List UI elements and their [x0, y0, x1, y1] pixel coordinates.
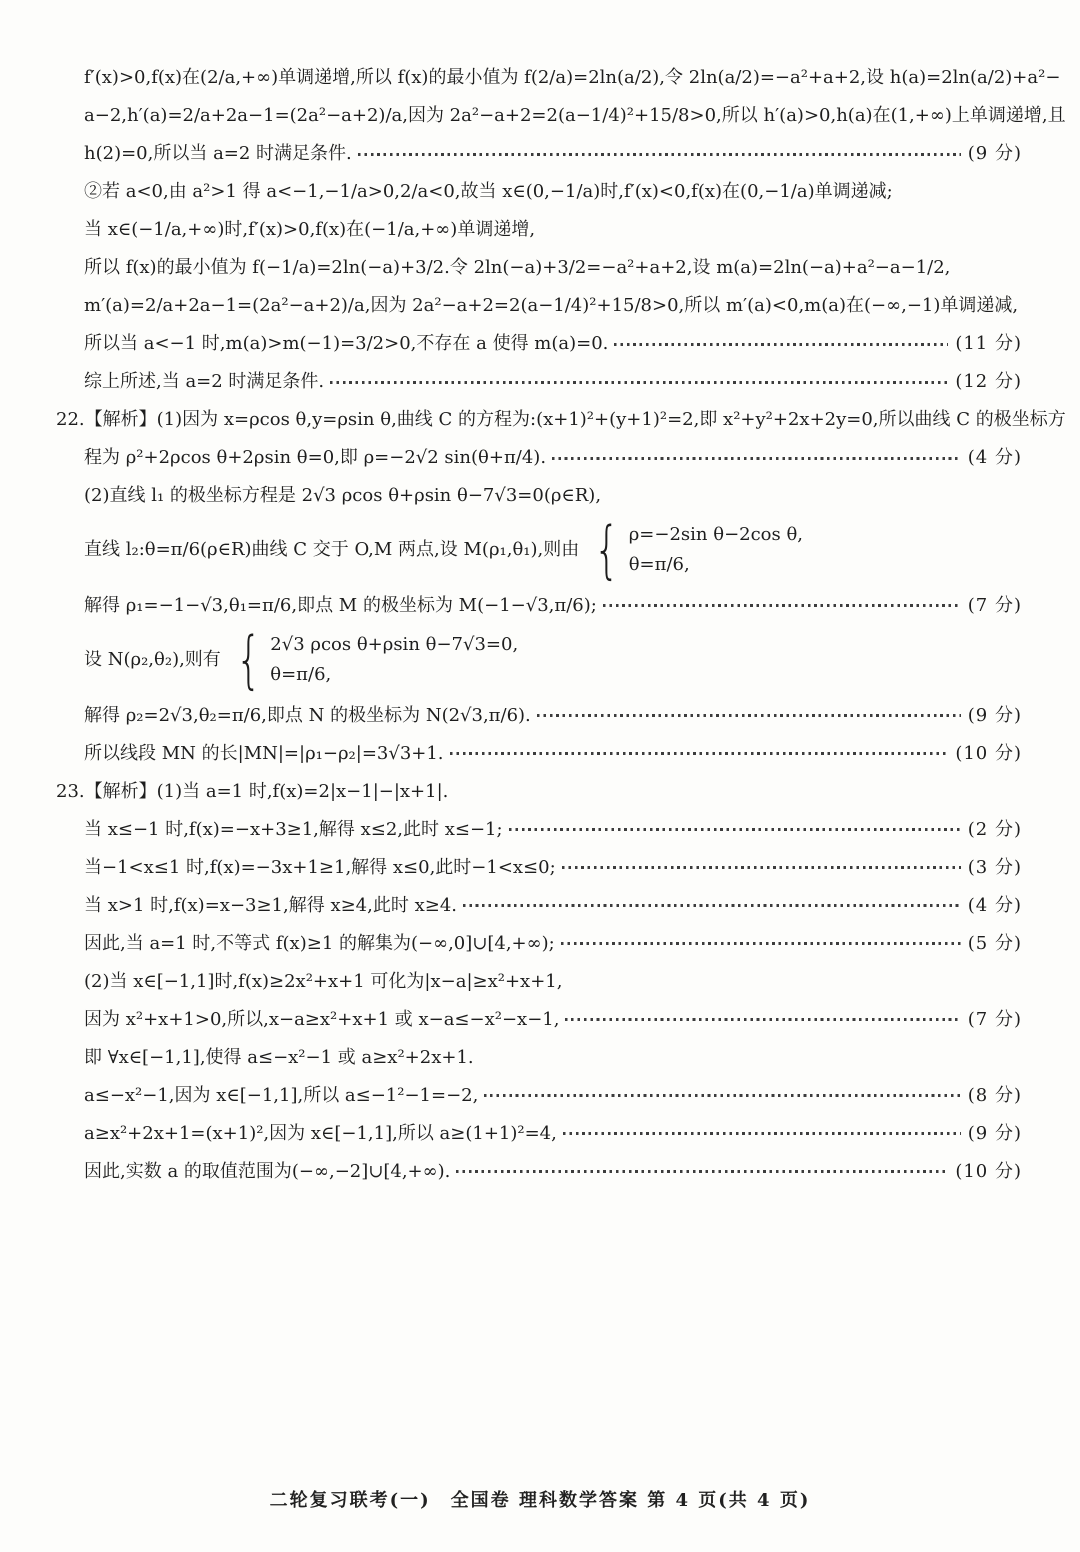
score-label: (12 分)	[955, 370, 1022, 394]
score-label: (4 分)	[968, 894, 1022, 918]
solution-line: a≥x²+2x+1=(x+1)²,因为 x∈[−1,1],所以 a≥(1+1)²…	[56, 1122, 1022, 1146]
solution-line: a−2,h′(a)=2/a+2a−1=(2a²−a+2)/a,因为 2a²−a+…	[56, 104, 1022, 128]
solution-text: 因为 x²+x+1>0,所以,x−a≥x²+x+1 或 x−a≤−x²−x−1,	[84, 1008, 559, 1032]
solution-line: 程为 ρ²+2ρcos θ+2ρsin θ=0,即 ρ=−2√2 sin(θ+π…	[56, 446, 1022, 470]
dotted-leader	[561, 942, 961, 945]
solution-text: 23.【解析】(1)当 a=1 时,f(x)=2|x−1|−|x+1|.	[56, 780, 448, 804]
case-equations: ρ=−2sin θ−2cos θ,θ=π/6,	[629, 524, 803, 576]
solution-line: (2)直线 l₁ 的极坐标方程是 2√3 ρcos θ+ρsin θ−7√3=0…	[56, 484, 1022, 508]
solution-text: a≤−x²−1,因为 x∈[−1,1],所以 a≤−1²−1=−2,	[84, 1084, 478, 1108]
score-label: (3 分)	[968, 856, 1022, 880]
case-equation: θ=π/6,	[270, 664, 518, 686]
solution-line: 22.【解析】(1)因为 x=ρcos θ,y=ρsin θ,曲线 C 的方程为…	[56, 408, 1022, 432]
dotted-leader	[330, 381, 948, 384]
solution-text: (2)当 x∈[−1,1]时,f(x)≥2x²+x+1 可化为|x−a|≥x²+…	[84, 970, 562, 994]
solution-text: 所以线段 MN 的长|MN|=|ρ₁−ρ₂|=3√3+1.	[84, 742, 444, 766]
solution-line: 当 x>1 时,f(x)=x−3≥1,解得 x≥4,此时 x≥4.(4 分)	[56, 894, 1022, 918]
score-label: (7 分)	[968, 1008, 1022, 1032]
solution-text: 解得 ρ₁=−1−√3,θ₁=π/6,即点 M 的极坐标为 M(−1−√3,π/…	[84, 594, 597, 618]
solution-text: 当 x≤−1 时,f(x)=−x+3≥1,解得 x≤2,此时 x≤−1;	[84, 818, 503, 842]
score-label: (10 分)	[955, 1160, 1022, 1184]
solution-text: 当 x∈(−1/a,+∞)时,f′(x)>0,f(x)在(−1/a,+∞)单调递…	[84, 218, 535, 242]
solution-lines: f′(x)>0,f(x)在(2/a,+∞)单调递增,所以 f(x)的最小值为 f…	[56, 66, 1022, 1198]
case-equations: 2√3 ρcos θ+ρsin θ−7√3=0,θ=π/6,	[270, 634, 518, 686]
solution-line: 所以线段 MN 的长|MN|=|ρ₁−ρ₂|=3√3+1.(10 分)	[56, 742, 1022, 766]
solution-text: 程为 ρ²+2ρcos θ+2ρsin θ=0,即 ρ=−2√2 sin(θ+π…	[84, 446, 546, 470]
score-label: (9 分)	[968, 704, 1022, 728]
solution-text: h(2)=0,所以当 a=2 时满足条件.	[84, 142, 352, 166]
case-equation: 2√3 ρcos θ+ρsin θ−7√3=0,	[270, 634, 518, 656]
case-pre-text: 设 N(ρ₂,θ₂),则有	[84, 648, 221, 672]
solution-line: 因此,实数 a 的取值范围为(−∞,−2]∪[4,+∞).(10 分)	[56, 1160, 1022, 1184]
solution-line: 23.【解析】(1)当 a=1 时,f(x)=2|x−1|−|x+1|.	[56, 780, 1022, 804]
solution-line: (2)当 x∈[−1,1]时,f(x)≥2x²+x+1 可化为|x−a|≥x²+…	[56, 970, 1022, 994]
score-label: (2 分)	[968, 818, 1022, 842]
solution-text: f′(x)>0,f(x)在(2/a,+∞)单调递增,所以 f(x)的最小值为 f…	[84, 66, 1060, 90]
case-brace: {	[594, 522, 620, 578]
score-label: (4 分)	[968, 446, 1022, 470]
dotted-leader	[484, 1094, 960, 1097]
solution-line: 综上所述,当 a=2 时满足条件.(12 分)	[56, 370, 1022, 394]
score-label: (5 分)	[968, 932, 1022, 956]
dotted-leader	[563, 1132, 961, 1135]
page-footer: 二轮复习联考(一) 全国卷 理科数学答案 第 4 页(共 4 页)	[0, 1486, 1080, 1512]
dotted-leader	[614, 343, 948, 346]
dotted-leader	[463, 904, 961, 907]
dotted-leader	[562, 866, 961, 869]
solution-text: 所以 f(x)的最小值为 f(−1/a)=2ln(−a)+3/2.令 2ln(−…	[84, 256, 950, 280]
dotted-leader	[456, 1170, 948, 1173]
solution-text: 所以当 a<−1 时,m(a)>m(−1)=3/2>0,不存在 a 使得 m(a…	[84, 332, 608, 356]
dotted-leader	[603, 604, 961, 607]
solution-line: ②若 a<0,由 a²>1 得 a<−1,−1/a>0,2/a<0,故当 x∈(…	[56, 180, 1022, 204]
solution-text: 即 ∀x∈[−1,1],使得 a≤−x²−1 或 a≥x²+2x+1.	[84, 1046, 474, 1070]
dotted-leader	[552, 457, 961, 460]
solution-text: ②若 a<0,由 a²>1 得 a<−1,−1/a>0,2/a<0,故当 x∈(…	[84, 180, 893, 204]
solution-text: 22.【解析】(1)因为 x=ρcos θ,y=ρsin θ,曲线 C 的方程为…	[56, 408, 1066, 432]
solution-text: 当−1<x≤1 时,f(x)=−3x+1≥1,解得 x≤0,此时−1<x≤0;	[84, 856, 556, 880]
solution-line: a≤−x²−1,因为 x∈[−1,1],所以 a≤−1²−1=−2,(8 分)	[56, 1084, 1022, 1108]
score-label: (10 分)	[955, 742, 1022, 766]
solution-text: 因此,当 a=1 时,不等式 f(x)≥1 的解集为(−∞,0]∪[4,+∞);	[84, 932, 555, 956]
solution-line: m′(a)=2/a+2a−1=(2a²−a+2)/a,因为 2a²−a+2=2(…	[56, 294, 1022, 318]
answer-sheet-page: f′(x)>0,f(x)在(2/a,+∞)单调递增,所以 f(x)的最小值为 f…	[0, 0, 1080, 1552]
solution-text: (2)直线 l₁ 的极坐标方程是 2√3 ρcos θ+ρsin θ−7√3=0…	[84, 484, 601, 508]
solution-line: 因为 x²+x+1>0,所以,x−a≥x²+x+1 或 x−a≤−x²−x−1,…	[56, 1008, 1022, 1032]
score-label: (11 分)	[955, 332, 1022, 356]
case-brace: {	[236, 632, 262, 688]
solution-line: 解得 ρ₂=2√3,θ₂=π/6,即点 N 的极坐标为 N(2√3,π/6).(…	[56, 704, 1022, 728]
case-equation: θ=π/6,	[629, 554, 803, 576]
solution-text: 综上所述,当 a=2 时满足条件.	[84, 370, 324, 394]
dotted-leader	[358, 153, 961, 156]
case-pre-text: 直线 l₂:θ=π/6(ρ∈R)曲线 C 交于 O,M 两点,设 M(ρ₁,θ₁…	[84, 538, 579, 562]
solution-text: 解得 ρ₂=2√3,θ₂=π/6,即点 N 的极坐标为 N(2√3,π/6).	[84, 704, 531, 728]
solution-line: 所以 f(x)的最小值为 f(−1/a)=2ln(−a)+3/2.令 2ln(−…	[56, 256, 1022, 280]
solution-text: m′(a)=2/a+2a−1=(2a²−a+2)/a,因为 2a²−a+2=2(…	[84, 294, 1018, 318]
score-label: (9 分)	[968, 142, 1022, 166]
solution-text: a−2,h′(a)=2/a+2a−1=(2a²−a+2)/a,因为 2a²−a+…	[84, 104, 1066, 128]
solution-text: 当 x>1 时,f(x)=x−3≥1,解得 x≥4,此时 x≥4.	[84, 894, 457, 918]
solution-line: 即 ∀x∈[−1,1],使得 a≤−x²−1 或 a≥x²+2x+1.	[56, 1046, 1022, 1070]
solution-line: 当−1<x≤1 时,f(x)=−3x+1≥1,解得 x≤0,此时−1<x≤0;(…	[56, 856, 1022, 880]
solution-line: h(2)=0,所以当 a=2 时满足条件.(9 分)	[56, 142, 1022, 166]
score-label: (8 分)	[968, 1084, 1022, 1108]
dotted-leader	[450, 752, 949, 755]
solution-text: a≥x²+2x+1=(x+1)²,因为 x∈[−1,1],所以 a≥(1+1)²…	[84, 1122, 557, 1146]
solution-line: 所以当 a<−1 时,m(a)>m(−1)=3/2>0,不存在 a 使得 m(a…	[56, 332, 1022, 356]
solution-text: 因此,实数 a 的取值范围为(−∞,−2]∪[4,+∞).	[84, 1160, 450, 1184]
score-label: (7 分)	[968, 594, 1022, 618]
solution-line: 设 N(ρ₂,θ₂),则有{2√3 ρcos θ+ρsin θ−7√3=0,θ=…	[56, 632, 1022, 688]
solution-line: 因此,当 a=1 时,不等式 f(x)≥1 的解集为(−∞,0]∪[4,+∞);…	[56, 932, 1022, 956]
score-label: (9 分)	[968, 1122, 1022, 1146]
dotted-leader	[565, 1018, 960, 1021]
solution-line: 解得 ρ₁=−1−√3,θ₁=π/6,即点 M 的极坐标为 M(−1−√3,π/…	[56, 594, 1022, 618]
solution-line: 直线 l₂:θ=π/6(ρ∈R)曲线 C 交于 O,M 两点,设 M(ρ₁,θ₁…	[56, 522, 1022, 578]
dotted-leader	[537, 714, 961, 717]
solution-line: 当 x≤−1 时,f(x)=−x+3≥1,解得 x≤2,此时 x≤−1;(2 分…	[56, 818, 1022, 842]
solution-line: 当 x∈(−1/a,+∞)时,f′(x)>0,f(x)在(−1/a,+∞)单调递…	[56, 218, 1022, 242]
case-equation: ρ=−2sin θ−2cos θ,	[629, 524, 803, 546]
solution-line: f′(x)>0,f(x)在(2/a,+∞)单调递增,所以 f(x)的最小值为 f…	[56, 66, 1022, 90]
dotted-leader	[509, 828, 961, 831]
